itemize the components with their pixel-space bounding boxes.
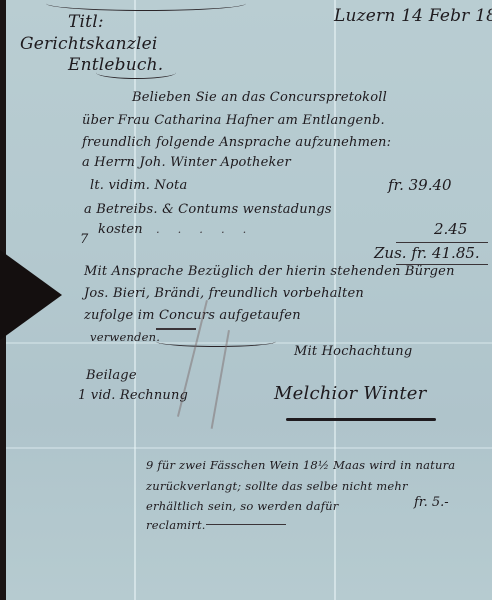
postscript-line: reclamirt. — [146, 518, 206, 532]
fold-crease-horizontal — [6, 447, 492, 449]
place-date: Luzern 14 Febr 1856 — [334, 6, 492, 26]
total-amount: Zus. fr. 41.85. — [374, 244, 480, 262]
recipient-line1: Gerichtskanzlei — [20, 34, 158, 54]
item-amount: 2.45 — [434, 220, 467, 238]
body-line: Belieben Sie an das Concurspretokoll — [132, 90, 387, 105]
currency: fr. — [411, 244, 427, 262]
postscript-line: erhältlich sein, so werden dafür — [146, 499, 338, 513]
enclosure-line1: Beilage — [86, 368, 137, 383]
item-label: lt. vidim. Nota — [90, 178, 187, 193]
postscript-marker: 9 — [146, 458, 154, 472]
postscript-line: zurückverlangt; sollte das selbe nicht m… — [146, 479, 408, 493]
body-line: zufolge im Concurs aufgetaufen — [84, 308, 301, 323]
amount-value: 39.40 — [409, 176, 452, 194]
body-line: a Betreibs. & Contums wenstadungs — [84, 202, 332, 217]
signature: Melchior Winter — [274, 383, 426, 404]
item-amount: fr. 39.40 — [388, 176, 452, 194]
enclosure-line2: 1 vid. Rechnung — [78, 388, 188, 403]
flourish — [96, 66, 176, 79]
torn-edge-notch — [0, 250, 62, 340]
amount-value: 2.45 — [434, 220, 467, 238]
item-label: kosten — [98, 222, 143, 237]
postscript-rule — [206, 524, 286, 525]
margin-mark: 7 — [80, 232, 88, 247]
leader-dots: ..... — [156, 222, 264, 236]
postscript-text: für zwei Fässchen Wein 18½ Maas wird in … — [157, 458, 455, 472]
salutation: Titl: — [68, 12, 104, 32]
total-label: Zus. — [374, 244, 407, 262]
body-line: freundlich folgende Ansprache aufzunehme… — [82, 135, 391, 150]
body-line: Jos. Bieri, Brändi, freundlich vorbehalt… — [84, 286, 364, 301]
top-flourish — [46, 0, 246, 11]
closing-phrase: Mit Hochachtung — [294, 344, 412, 359]
body-line: über Frau Catharina Hafner am Entlangenb… — [82, 113, 385, 128]
flourish — [156, 336, 276, 347]
underline-mark — [156, 328, 196, 330]
sum-rule — [396, 242, 488, 243]
body-line: Mit Ansprache Bezüglich der hierin stehe… — [84, 264, 455, 279]
amount-value: 41.85. — [432, 244, 480, 262]
currency: fr. — [414, 495, 428, 510]
body-line: verwenden. — [90, 330, 160, 344]
postscript-amount: fr. 5.- — [414, 495, 449, 510]
signature-underline — [286, 418, 436, 421]
currency: fr. — [388, 176, 404, 194]
postscript-line: 9 für zwei Fässchen Wein 18½ Maas wird i… — [146, 458, 455, 472]
amount-value: 5.- — [432, 495, 449, 510]
body-line: a Herrn Joh. Winter Apotheker — [82, 155, 291, 170]
letter-sheet: Luzern 14 Febr 1856 Titl: Gerichtskanzle… — [6, 0, 492, 600]
